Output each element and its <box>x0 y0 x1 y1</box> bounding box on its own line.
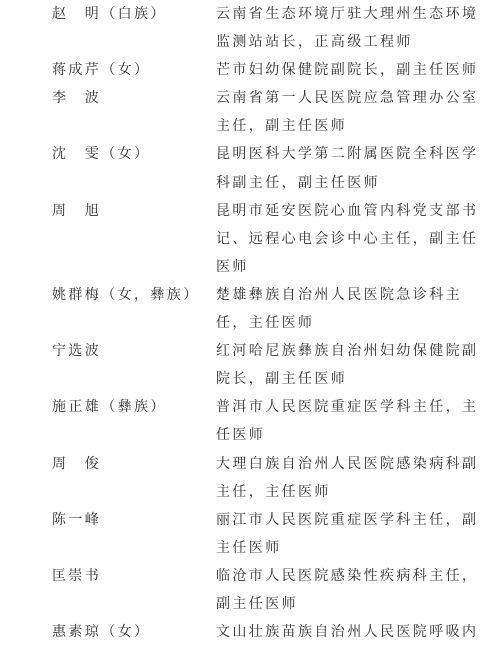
list-item: 惠素琼（女） 文山壮族苗族自治州人民医院呼吸内 <box>0 618 499 646</box>
title-line: 文山壮族苗族自治州人民医院呼吸内 <box>216 618 486 646</box>
person-name: 周 旭 <box>52 197 216 225</box>
person-title: 普洱市人民医院重症医学科主任，主 任医师 <box>216 393 486 449</box>
list-item: 姚群梅（女，彝族） 楚雄彝族自治州人民医院急诊科主 任，主任医师 <box>0 281 499 337</box>
title-line: 大理白族自治州人民医院感染病科副 <box>216 450 486 478</box>
title-line: 楚雄彝族自治州人民医院急诊科主 <box>216 281 486 309</box>
title-line: 院长，副主任医师 <box>216 365 486 393</box>
title-line: 普洱市人民医院重症医学科主任，主 <box>216 393 486 421</box>
document-page: 赵 明（白族） 云南省生态环境厅驻大理州生态环境 监测站站长，正高级工程师 蒋成… <box>0 0 499 646</box>
title-line: 芒市妇幼保健院副院长，副主任医师 <box>216 56 486 84</box>
title-line: 主任医师 <box>216 534 486 562</box>
title-line: 云南省第一人民医院应急管理办公室 <box>216 84 486 112</box>
person-title: 芒市妇幼保健院副院长，副主任医师 <box>216 56 486 84</box>
list-item: 施正雄（彝族） 普洱市人民医院重症医学科主任，主 任医师 <box>0 393 499 449</box>
person-name: 惠素琼（女） <box>52 618 216 646</box>
list-item: 蒋成芹（女） 芒市妇幼保健院副院长，副主任医师 <box>0 56 499 84</box>
person-title: 红河哈尼族彝族自治州妇幼保健院副 院长，副主任医师 <box>216 337 486 393</box>
person-title: 临沧市人民医院感染性疾病科主任， 副主任医师 <box>216 562 486 618</box>
list-item: 沈 雯（女） 昆明医科大学第二附属医院全科医学 科副主任，副主任医师 <box>0 140 499 196</box>
title-line: 任，主任医师 <box>216 309 486 337</box>
title-line: 主任，主任医师 <box>216 478 486 506</box>
person-title: 昆明医科大学第二附属医院全科医学 科副主任，副主任医师 <box>216 140 486 196</box>
person-name: 蒋成芹（女） <box>52 56 216 84</box>
list-item: 周 旭 昆明市延安医院心血管内科党支部书 记、远程心电会诊中心主任，副主任 医师 <box>0 197 499 281</box>
title-line: 昆明市延安医院心血管内科党支部书 <box>216 197 486 225</box>
title-line: 记、远程心电会诊中心主任，副主任 <box>216 225 486 253</box>
person-name: 沈 雯（女） <box>52 140 216 168</box>
list-item: 李 波 云南省第一人民医院应急管理办公室 主任，副主任医师 <box>0 84 499 140</box>
person-name: 陈一峰 <box>52 506 216 534</box>
person-name: 匡崇书 <box>52 562 216 590</box>
person-title: 文山壮族苗族自治州人民医院呼吸内 <box>216 618 486 646</box>
person-name: 赵 明（白族） <box>52 0 216 28</box>
person-name: 李 波 <box>52 84 216 112</box>
title-line: 医师 <box>216 253 486 281</box>
person-title: 丽江市人民医院重症医学科主任，副 主任医师 <box>216 506 486 562</box>
list-item: 陈一峰 丽江市人民医院重症医学科主任，副 主任医师 <box>0 506 499 562</box>
title-line: 临沧市人民医院感染性疾病科主任， <box>216 562 486 590</box>
title-line: 副主任医师 <box>216 590 486 618</box>
person-name: 施正雄（彝族） <box>52 393 216 421</box>
list-item: 宁选波 红河哈尼族彝族自治州妇幼保健院副 院长，副主任医师 <box>0 337 499 393</box>
list-item: 周 俊 大理白族自治州人民医院感染病科副 主任，主任医师 <box>0 450 499 506</box>
title-line: 监测站站长，正高级工程师 <box>216 28 486 56</box>
list-item: 赵 明（白族） 云南省生态环境厅驻大理州生态环境 监测站站长，正高级工程师 <box>0 0 499 56</box>
person-title: 大理白族自治州人民医院感染病科副 主任，主任医师 <box>216 450 486 506</box>
person-name: 周 俊 <box>52 450 216 478</box>
title-line: 任医师 <box>216 421 486 449</box>
person-title: 昆明市延安医院心血管内科党支部书 记、远程心电会诊中心主任，副主任 医师 <box>216 197 486 281</box>
person-name: 姚群梅（女，彝族） <box>52 281 216 309</box>
title-line: 丽江市人民医院重症医学科主任，副 <box>216 506 486 534</box>
list-item: 匡崇书 临沧市人民医院感染性疾病科主任， 副主任医师 <box>0 562 499 618</box>
title-line: 云南省生态环境厅驻大理州生态环境 <box>216 0 486 28</box>
person-title: 云南省生态环境厅驻大理州生态环境 监测站站长，正高级工程师 <box>216 0 486 56</box>
title-line: 红河哈尼族彝族自治州妇幼保健院副 <box>216 337 486 365</box>
person-name: 宁选波 <box>52 337 216 365</box>
title-line: 主任，副主任医师 <box>216 112 486 140</box>
title-line: 昆明医科大学第二附属医院全科医学 <box>216 140 486 168</box>
person-title: 楚雄彝族自治州人民医院急诊科主 任，主任医师 <box>216 281 486 337</box>
person-title: 云南省第一人民医院应急管理办公室 主任，副主任医师 <box>216 84 486 140</box>
title-line: 科副主任，副主任医师 <box>216 169 486 197</box>
